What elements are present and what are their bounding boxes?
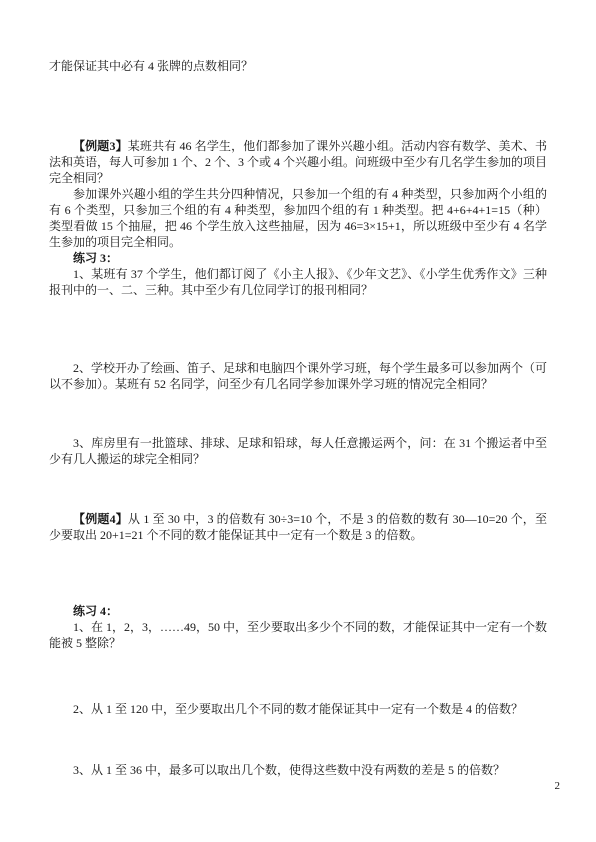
practice4-item-3: 3、从 1 至 36 中，最多可以取出几个数，使得这些数中没有两数的差是 5 的… — [49, 762, 547, 778]
practice3-item-3-block: 3、库房里有一批篮球、排球、足球和铅球，每人任意搬运两个，问：在 31 个搬运者… — [49, 435, 547, 467]
practice4-section: 练习 4： 1、在 1，2，3，……49，50 中，至少要取出多少个不同的数，才… — [49, 603, 547, 651]
practice4-item-3-block: 3、从 1 至 36 中，最多可以取出几个数，使得这些数中没有两数的差是 5 的… — [49, 762, 547, 778]
practice3-item-3: 3、库房里有一批篮球、排球、足球和铅球，每人任意搬运两个，问：在 31 个搬运者… — [49, 435, 547, 467]
example4-label: 【例题4】 — [73, 512, 128, 526]
practice3-item-1: 1、某班有 37 个学生，他们都订阅了《小主人报》、《少年文艺》、《小学生优秀作… — [49, 266, 547, 298]
example3-problem: 【例题3】某班共有 46 名学生，他们都参加了课外兴趣小组。活动内容有数学、美术… — [49, 138, 547, 186]
practice4-heading: 练习 4： — [49, 603, 547, 619]
practice4-item-1: 1、在 1，2，3，……49，50 中，至少要取出多少个不同的数，才能保证其中一… — [49, 619, 547, 651]
example3-label: 【例题3】 — [73, 139, 128, 153]
practice3-item-2-block: 2、学校开办了绘画、笛子、足球和电脑四个课外学习班，每个学生最多可以参加两个（可… — [49, 360, 547, 392]
example4-paragraph: 【例题4】从 1 至 30 中，3 的倍数有 30÷3=10 个，不是 3 的倍… — [49, 511, 547, 543]
carryover-paragraph: 才能保证其中必有 4 张牌的点数相同？ — [49, 58, 547, 74]
practice3-item-2: 2、学校开办了绘画、笛子、足球和电脑四个课外学习班，每个学生最多可以参加两个（可… — [49, 360, 547, 392]
practice4-item-2: 2、从 1 至 120 中，至少要取出几个不同的数才能保证其中一定有一个数是 4… — [49, 701, 547, 717]
practice4-item-2-block: 2、从 1 至 120 中，至少要取出几个不同的数才能保证其中一定有一个数是 4… — [49, 701, 547, 717]
practice3-heading: 练习 3： — [49, 250, 547, 266]
carryover-line: 才能保证其中必有 4 张牌的点数相同？ — [49, 58, 547, 74]
example3-section: 【例题3】某班共有 46 名学生，他们都参加了课外兴趣小组。活动内容有数学、美术… — [49, 138, 547, 298]
page-number: 2 — [555, 779, 561, 793]
example3-solution: 参加课外兴趣小组的学生共分四种情况，只参加一个组的有 4 种类型，只参加两个小组… — [49, 186, 547, 250]
document-page: 才能保证其中必有 4 张牌的点数相同？ 【例题3】某班共有 46 名学生，他们都… — [0, 0, 596, 842]
example4-section: 【例题4】从 1 至 30 中，3 的倍数有 30÷3=10 个，不是 3 的倍… — [49, 511, 547, 543]
